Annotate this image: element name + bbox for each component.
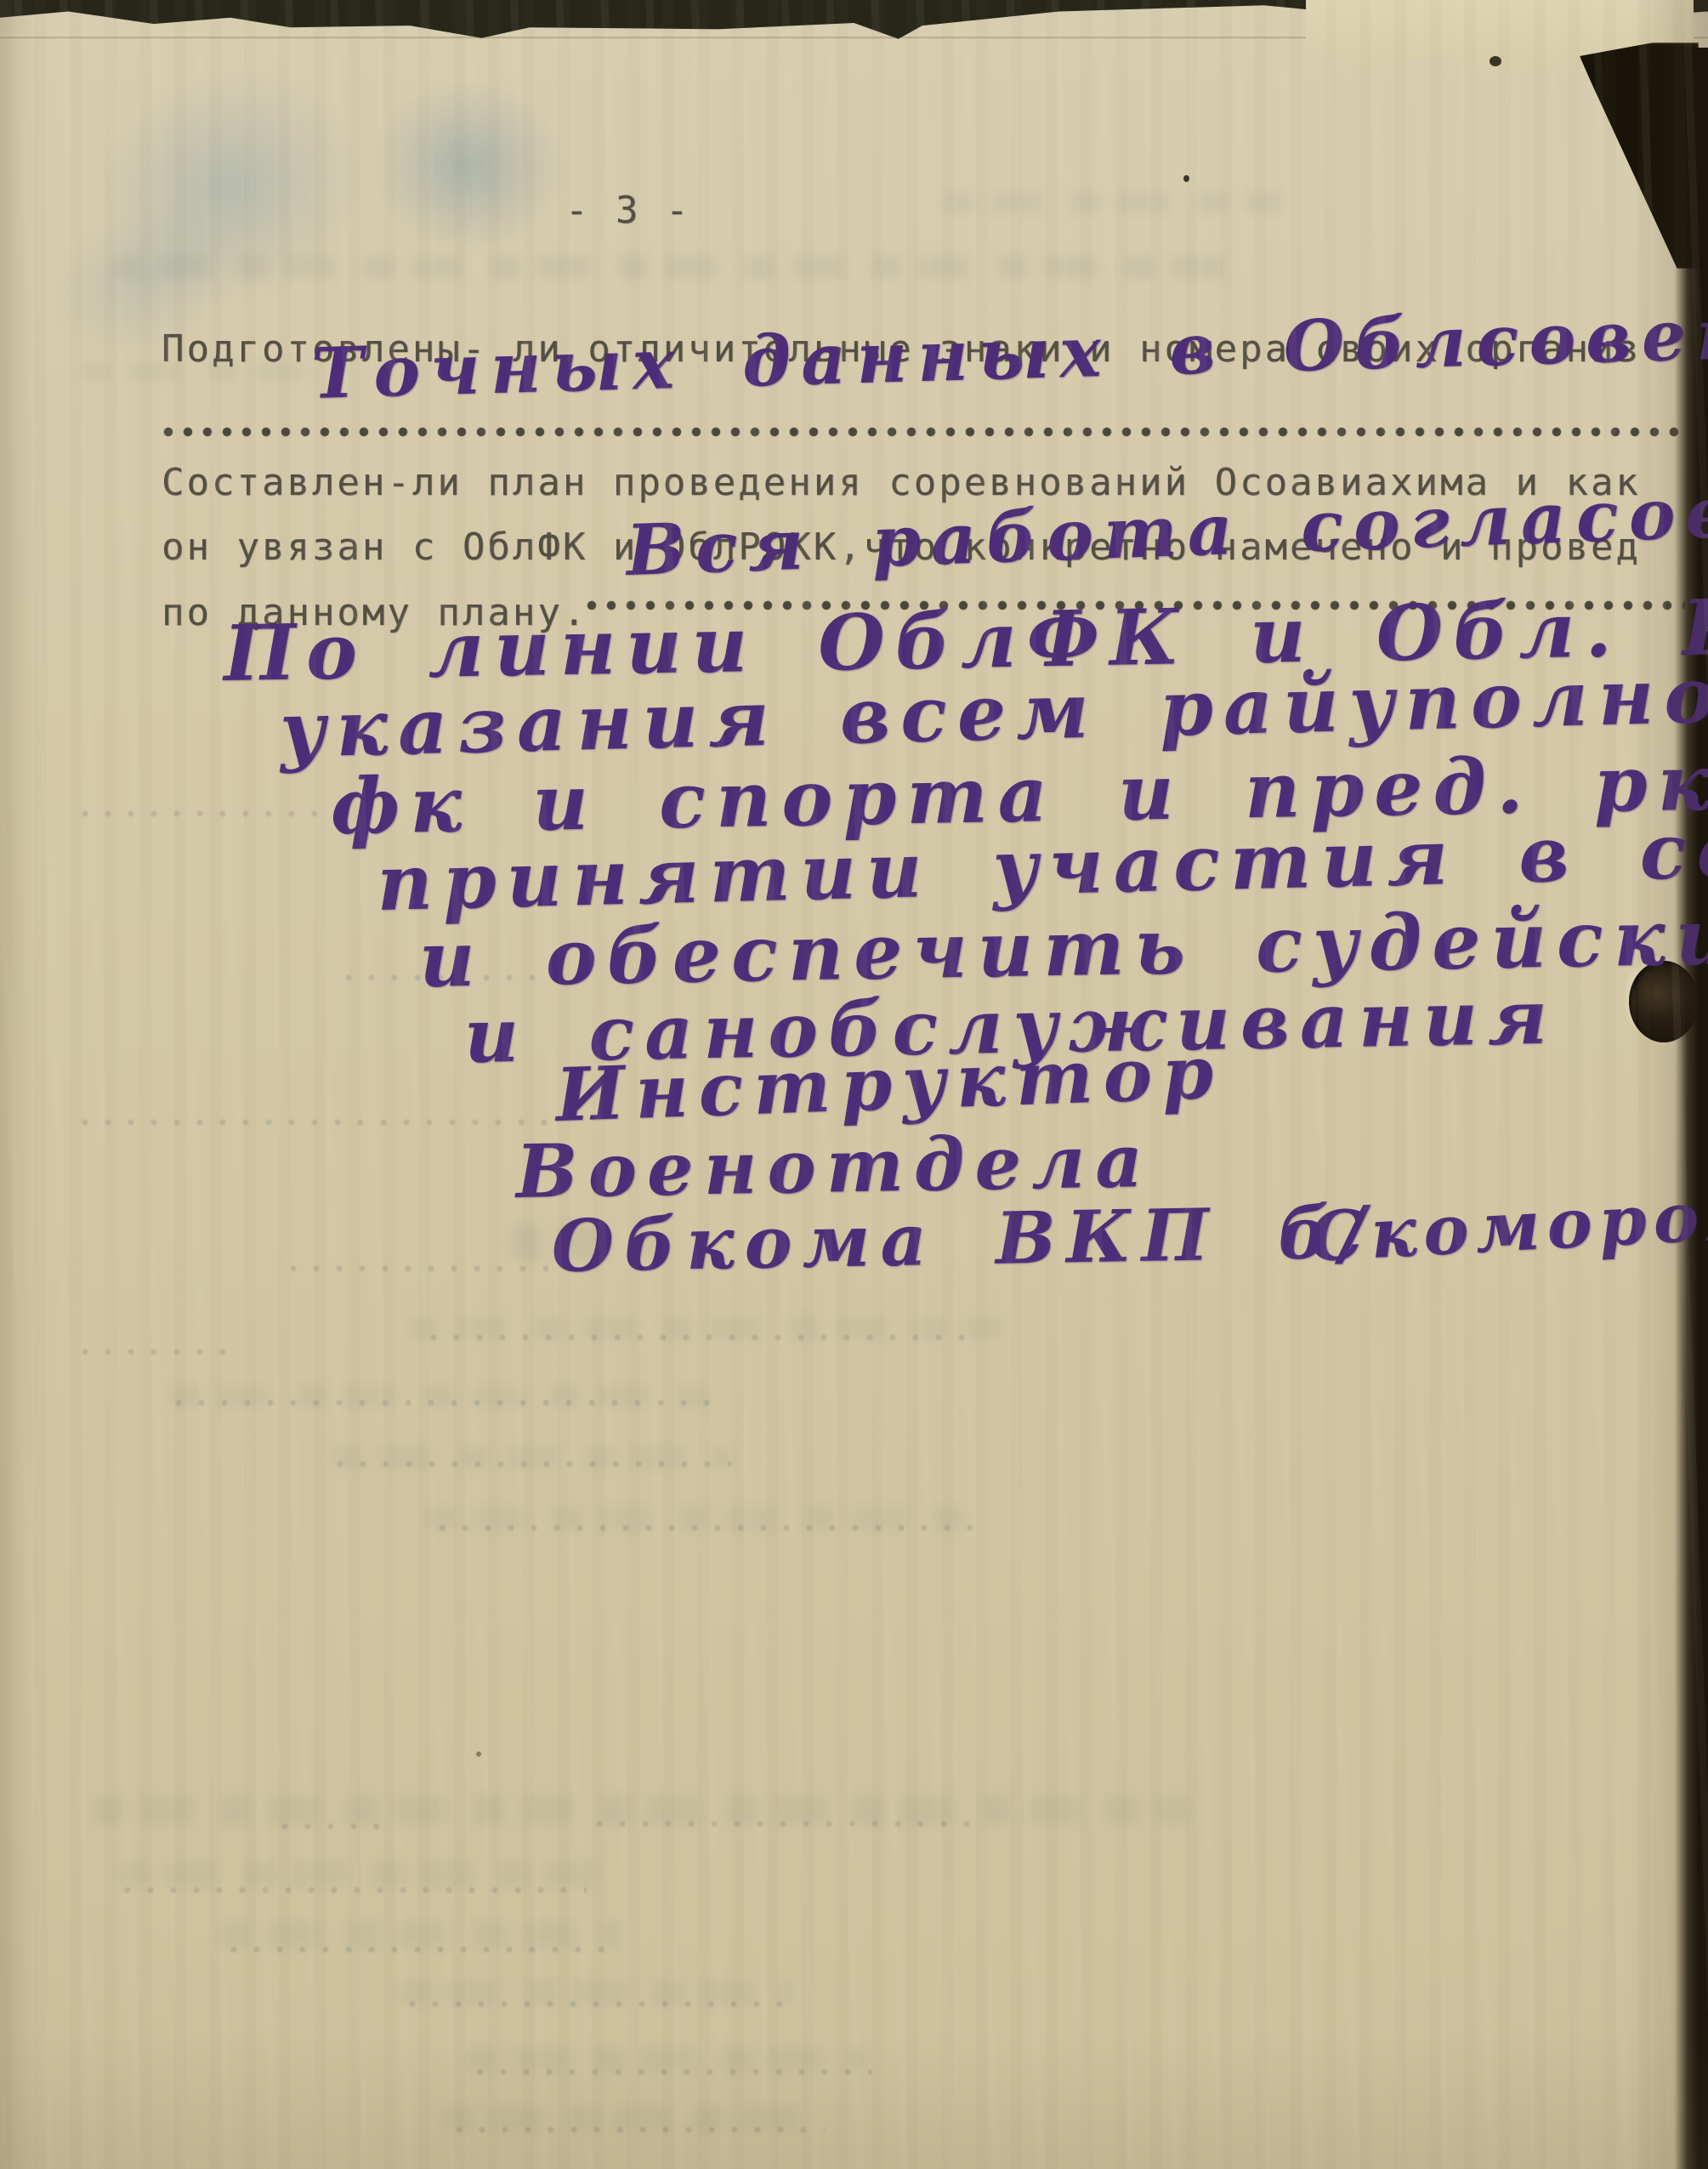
faint-dotted-row <box>123 1886 587 1895</box>
faint-dotted-row <box>438 1524 978 1533</box>
faint-dotted-row <box>289 1264 570 1274</box>
scanned-document-page: - 3 - Подготовлены- ли отличительные зна… <box>0 0 1708 2169</box>
bleedthrough-text-row <box>119 1862 595 1886</box>
faint-dotted-row <box>476 2068 871 2077</box>
blue-pencil-smudge <box>62 34 397 340</box>
signature-name: Скоморохов <box>1308 1168 1708 1277</box>
faint-dotted-row <box>81 1348 225 1357</box>
blue-pencil-smudge <box>366 75 570 258</box>
faint-dotted-row <box>429 1333 973 1343</box>
page-number: - 3 - <box>565 189 690 232</box>
signature-title-line-3: Обкома ВКП б/ <box>551 1190 1376 1288</box>
dotted-leader <box>163 425 1685 438</box>
faint-dotted-row <box>336 1460 731 1469</box>
paper-speck <box>1490 56 1501 66</box>
paper-speck <box>476 1752 481 1757</box>
faint-dotted-row <box>230 1945 616 1955</box>
bleedthrough-text-row <box>221 1923 621 1947</box>
faint-dotted-row <box>595 1820 969 1829</box>
handwritten-answer-1: Точных данных в Облсовете не имеем <box>310 275 1708 415</box>
faint-dotted-row <box>455 2126 825 2135</box>
faint-dotted-row <box>281 1822 383 1831</box>
faint-dotted-row <box>81 1118 548 1127</box>
faint-dotted-row <box>408 2000 786 2009</box>
bleedthrough-page-number <box>944 192 1284 213</box>
faint-dotted-row <box>174 1399 714 1408</box>
paper-speck <box>1183 175 1189 182</box>
faint-dotted-row <box>81 809 336 819</box>
bleedthrough-text-row <box>111 255 1233 279</box>
